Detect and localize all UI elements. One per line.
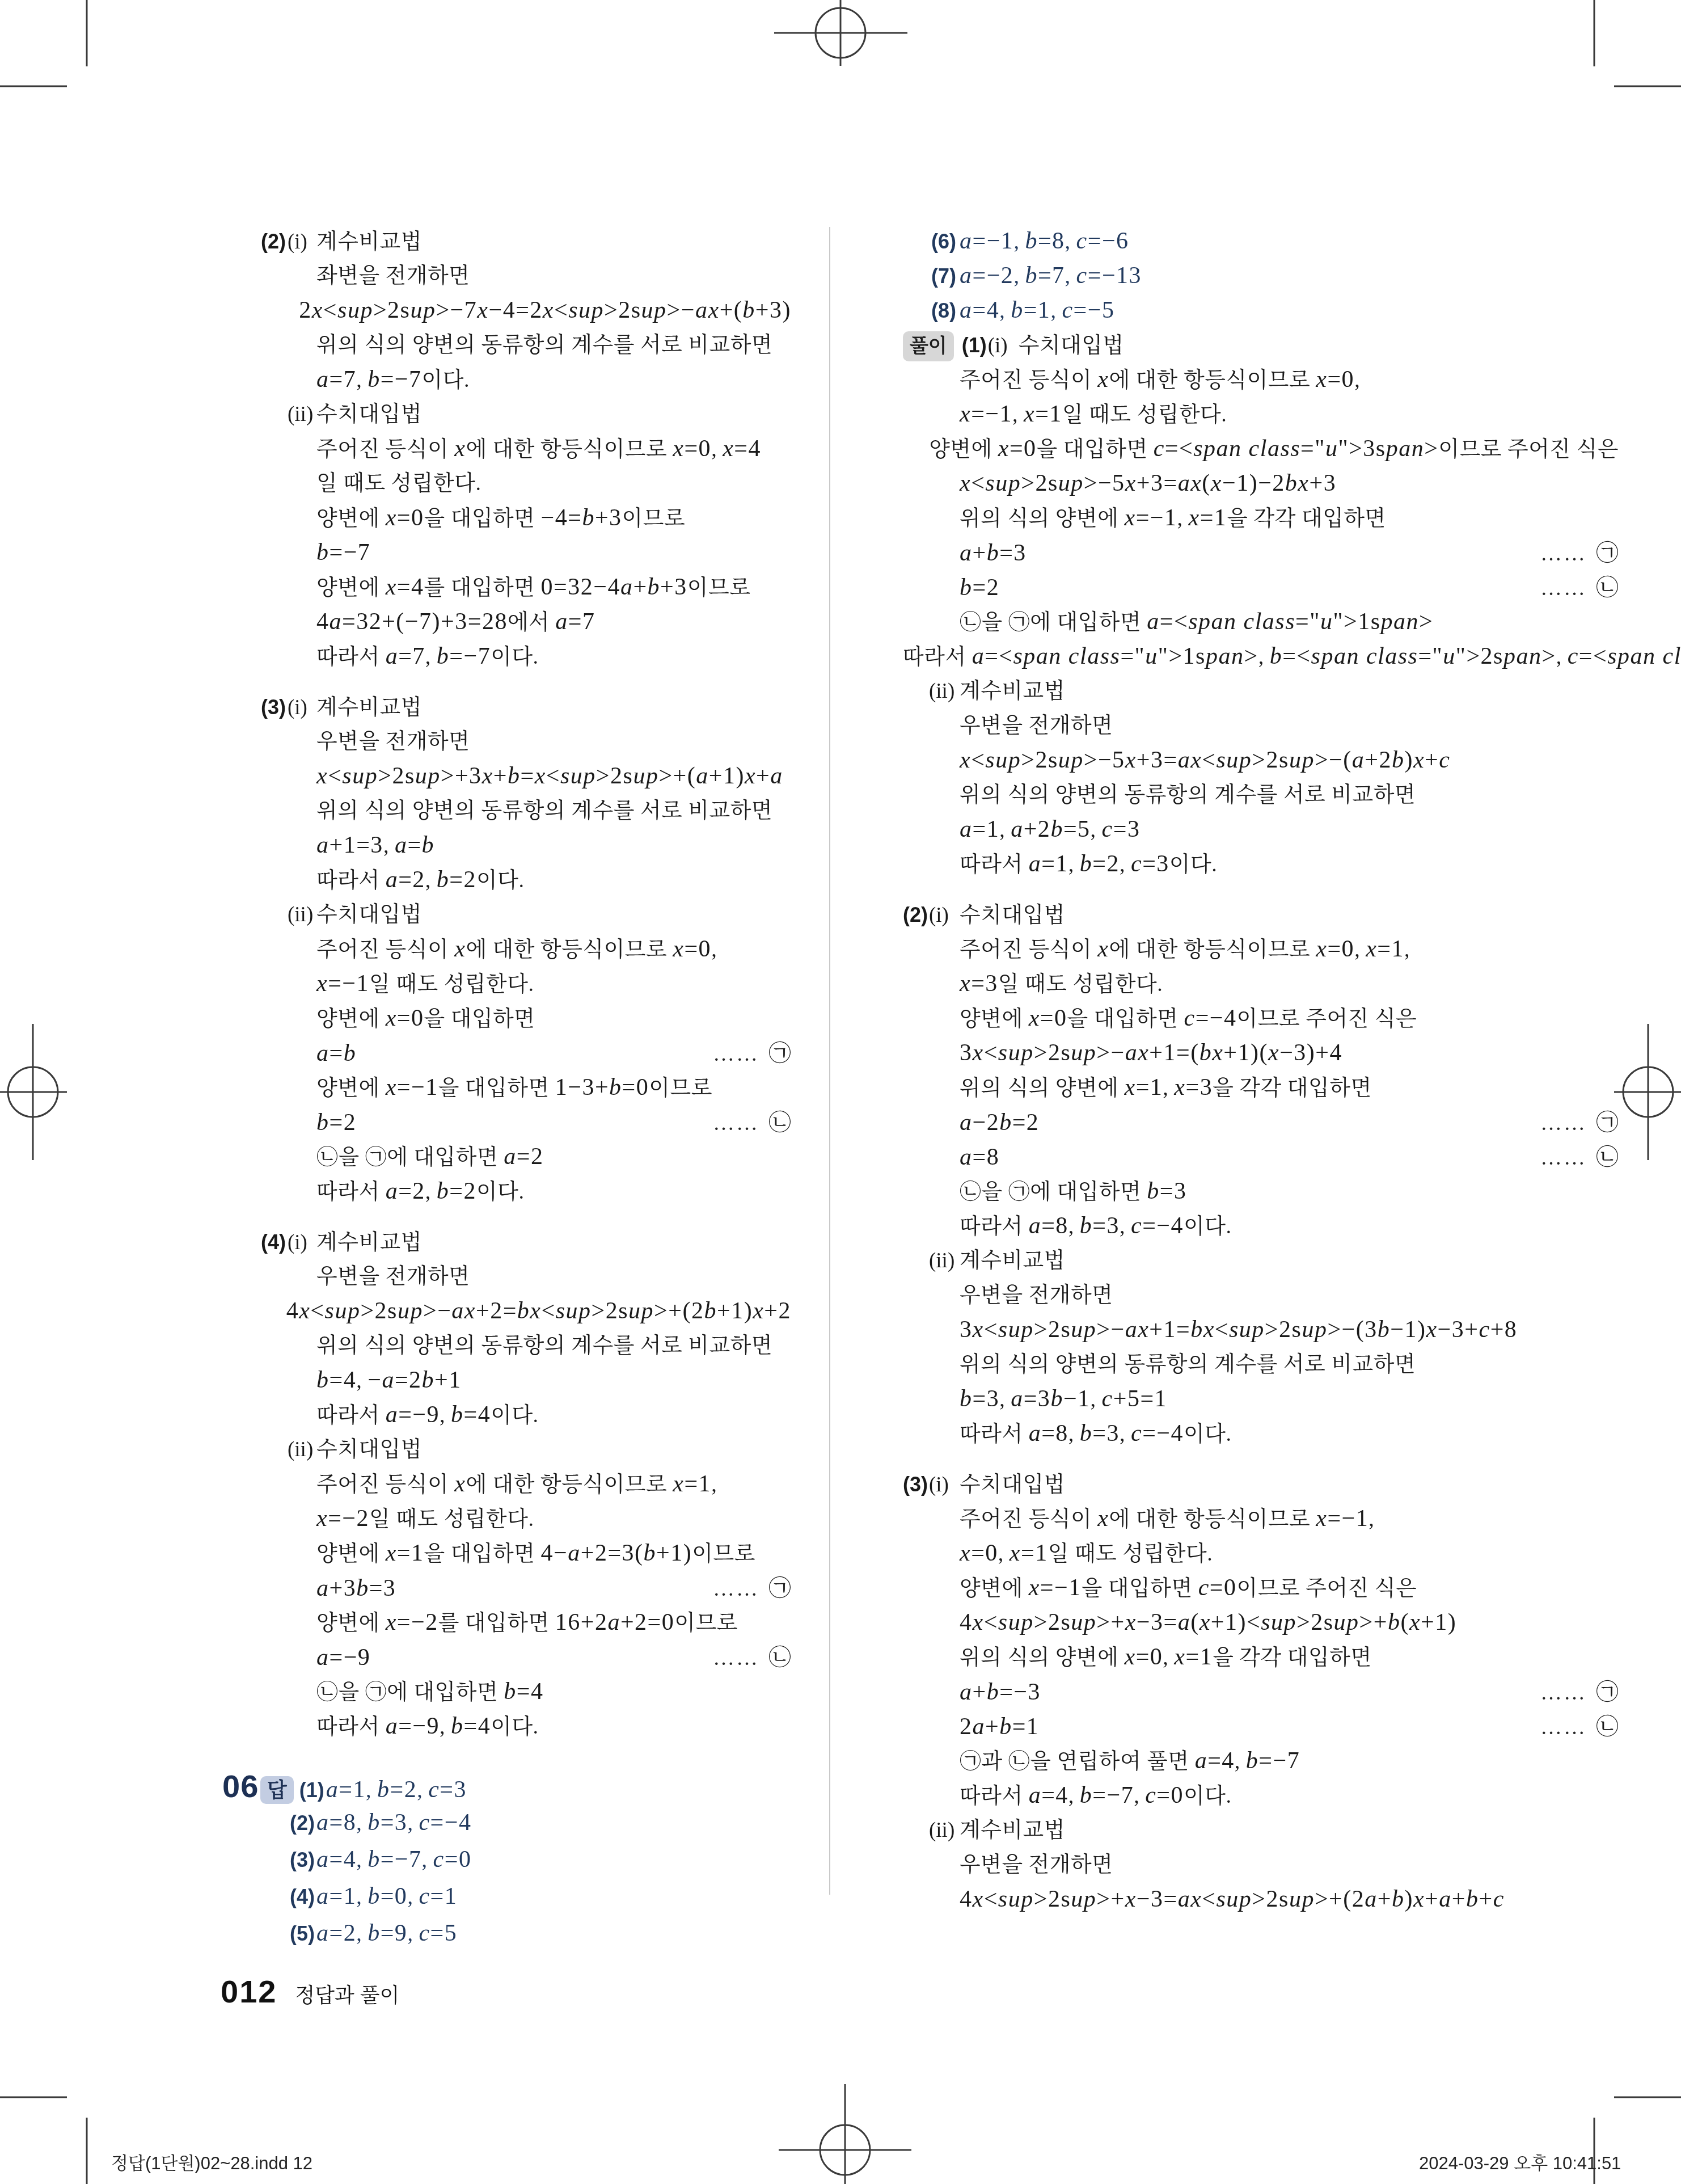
line-text: 4a=32+(−7)+3=28에서 a=7 xyxy=(316,605,595,640)
line-text: 일 때도 성립한다. xyxy=(316,466,481,501)
math-expression: a=4 xyxy=(960,297,999,323)
math-expression: c=−6 xyxy=(1076,228,1129,254)
solution-line: 따라서 a=1, b=2, c=3이다. xyxy=(903,847,1619,882)
line-text: 주어진 등식이 x에 대한 항등식이므로 x=1, xyxy=(316,1467,717,1502)
math-expression: b=3 xyxy=(1080,1420,1120,1447)
answer-item-marker: (5) xyxy=(290,1915,316,1952)
equation-tag: ㉠ xyxy=(768,1036,791,1070)
line-text: 계수비교법 xyxy=(316,690,422,725)
solution-line: 2a+b=1……㉡ xyxy=(903,1709,1619,1744)
leader-dots: …… xyxy=(713,1106,759,1141)
solution-line: 우변을 전개하면 xyxy=(903,1848,1619,1882)
equation-tag: ㉡ xyxy=(1596,1140,1619,1174)
math-expression: c=3 xyxy=(1102,816,1141,842)
math-expression: b=4 xyxy=(316,1367,356,1393)
solution-heading-line: (ii)수치대입법 xyxy=(227,397,791,432)
line-text: 3x<sup>2sup>−ax+1=(bx+1)(x−3)+4 xyxy=(960,1036,1342,1071)
solution-line: 위의 식의 양변의 동류항의 계수를 서로 비교하면 xyxy=(903,1347,1619,1382)
equation-tag: ㉠ xyxy=(1596,536,1619,570)
math-expression: 4x<sup>2sup>+x−3=ax<sup>2sup>+(2a+b)x+a+… xyxy=(960,1886,1505,1912)
line-text: 양변에 x=0을 대입하면 xyxy=(316,1001,535,1036)
math-expression: x=3 xyxy=(1174,1074,1213,1101)
math-expression: a=7 xyxy=(316,366,356,393)
solution-heading-line: (4)(i)계수비교법 xyxy=(227,1225,791,1259)
math-expression: x=0 xyxy=(673,936,711,962)
line-text: 따라서 a=<span class="u">1span>, b=<span cl… xyxy=(903,639,1681,674)
line-text: b=3, a=3b−1, c+5=1 xyxy=(960,1382,1167,1417)
leader-dots: …… xyxy=(1540,1141,1587,1175)
solution-line: a=1, a+2b=5, c=3 xyxy=(903,812,1619,847)
solution-heading-line: (ii)계수비교법 xyxy=(903,674,1619,709)
line-text: 주어진 등식이 x에 대한 항등식이므로 x=0, xyxy=(960,362,1360,398)
sub-item-marker: (i) xyxy=(288,690,316,725)
line-text: 위의 식의 양변의 동류항의 계수를 서로 비교하면 xyxy=(316,328,772,362)
answer-line: 06 답 (1)a=1, b=2, c=3 xyxy=(222,1768,791,1804)
answer-item-marker: (2) xyxy=(290,1804,316,1841)
line-text: a=2, b=9, c=5 xyxy=(316,1915,457,1953)
math-expression: 2x<sup>2sup>−7x−4=2x<sup>2sup>−ax+(b+3) xyxy=(299,297,791,323)
solution-line: ㉡을 ㉠에 대입하면 a=2 xyxy=(227,1140,791,1174)
solution-line: 일 때도 성립한다. xyxy=(227,466,791,501)
line-text: 양변에 x=1을 대입하면 4−a+2=3(b+1)이므로 xyxy=(316,1536,755,1571)
solution-line: a−2b=2……㉠ xyxy=(903,1105,1619,1140)
solution-line: 위의 식의 양변의 동류항의 계수를 서로 비교하면 xyxy=(227,1329,791,1363)
item-marker: (3) xyxy=(261,690,288,724)
line-text: a=1, a+2b=5, c=3 xyxy=(960,812,1140,848)
math-expression: a=<span class="u">1span> xyxy=(972,643,1258,669)
leader-dots: …… xyxy=(713,1641,759,1676)
solution-line: 위의 식의 양변에 x=0, x=1을 각각 대입하면 xyxy=(903,1640,1619,1675)
line-text: ㉡을 ㉠에 대입하면 a=2 xyxy=(316,1140,543,1175)
line-text: a=4, b=1, c=−5 xyxy=(960,293,1114,328)
line-text: x<sup>2sup>+3x+b=x<sup>2sup>+(a+1)x+a xyxy=(316,759,783,794)
line-text: 따라서 a=−9, b=4이다. xyxy=(316,1709,539,1744)
math-expression: b=−7 xyxy=(368,366,421,393)
math-expression: b=3 xyxy=(1147,1178,1186,1204)
solution-heading-line: (ii)수치대입법 xyxy=(227,1432,791,1467)
solution-line: 양변에 x=0을 대입하면 c=−4이므로 주어진 식은 xyxy=(903,1001,1619,1036)
math-expression: b=3 xyxy=(1080,1213,1120,1239)
leader-dots: …… xyxy=(713,1572,759,1607)
solution-lines-left: (2)(i)계수비교법좌변을 전개하면2x<sup>2sup>−7x−4=2x<… xyxy=(227,224,791,1744)
math-expression: x=−1 xyxy=(316,971,369,997)
math-expression: 4−a+2=3(b+1) xyxy=(541,1540,692,1566)
math-expression: a=8 xyxy=(1029,1213,1068,1239)
math-expression: b=2 xyxy=(437,867,476,893)
solution-line: 양변에 x=−1을 대입하면 c=0이므로 주어진 식은 xyxy=(903,1571,1619,1605)
solution-line: x=−1일 때도 성립한다. xyxy=(227,967,791,1001)
line-text: 4x<sup>2sup>+x−3=ax<sup>2sup>+(2a+b)x+a+… xyxy=(960,1882,1505,1917)
math-expression: c=−4 xyxy=(1184,1005,1237,1031)
leader-dots: …… xyxy=(713,1037,759,1072)
line-text: 양변에 x=0을 대입하면 −4=b+3이므로 xyxy=(316,501,685,536)
line-text: 수치대입법 xyxy=(1019,328,1124,363)
math-expression: a=4 xyxy=(1195,1748,1235,1774)
math-expression: b=1 xyxy=(1011,297,1050,323)
equation-tag: ㉠ xyxy=(1596,1675,1619,1709)
line-text: 주어진 등식이 x에 대한 항등식이므로 x=−1, xyxy=(960,1502,1374,1537)
math-expression: a=7 xyxy=(555,609,595,635)
solution-line: 양변에 x=−2를 대입하면 16+2a+2=0이므로 xyxy=(227,1605,791,1640)
left-column: (2)(i)계수비교법좌변을 전개하면2x<sup>2sup>−7x−4=2x<… xyxy=(227,224,791,1952)
equation-tag: ㉡ xyxy=(768,1640,791,1675)
solution-heading-line: (3)(i)계수비교법 xyxy=(227,690,791,724)
solution-line: b=3, a=3b−1, c+5=1 xyxy=(903,1382,1619,1416)
line-text: 3x<sup>2sup>−ax+1=bx<sup>2sup>−(3b−1)x−3… xyxy=(960,1313,1517,1348)
solution-line: b=−7 xyxy=(227,536,791,570)
math-expression: x xyxy=(1097,1506,1109,1532)
solution-line: 위의 식의 양변의 동류항의 계수를 서로 비교하면 xyxy=(903,778,1619,812)
equation-tag: ㉡ xyxy=(768,1105,791,1140)
line-text: a+3b=3 xyxy=(316,1571,396,1607)
page-number: 012 xyxy=(221,1973,277,2010)
solution-line: 좌변을 전개하면 xyxy=(227,259,791,293)
line-text: 양변에 x=0을 대입하면 c=<span class="u">3span>이므… xyxy=(929,432,1619,467)
math-expression: b=3 xyxy=(368,1810,407,1836)
solution-line: 위의 식의 양변에 x=−1, x=1을 각각 대입하면 xyxy=(903,501,1619,536)
line-text: 수치대입법 xyxy=(960,1468,1065,1502)
solution-line: b=4, −a=2b+1 xyxy=(227,1363,791,1398)
math-expression: a=−1 xyxy=(960,228,1013,254)
sub-item-marker: (i) xyxy=(988,328,1019,363)
math-expression: x=0 xyxy=(673,436,711,462)
solution-line: a+3b=3……㉠ xyxy=(227,1571,791,1605)
answer-line: (4)a=1, b=0, c=1 xyxy=(222,1878,791,1915)
line-text: ㉡을 ㉠에 대입하면 b=3 xyxy=(960,1174,1186,1209)
print-timestamp: 2024-03-29 오후 10:41:51 xyxy=(1419,2149,1621,2174)
line-text: a−2b=2 xyxy=(960,1106,1039,1141)
math-expression: x=−2 xyxy=(316,1506,369,1532)
math-expression: x<sup>2sup>−5x+3=ax(x−1)−2bx+3 xyxy=(960,470,1336,496)
math-expression: c=3 xyxy=(428,1777,467,1803)
math-expression: x=−1 xyxy=(386,1074,438,1101)
leader-dots: …… xyxy=(1540,1106,1587,1141)
math-expression: x=1 xyxy=(386,1540,424,1566)
solution-line: b=2……㉡ xyxy=(227,1105,791,1140)
solution-line: 따라서 a=2, b=2이다. xyxy=(227,863,791,897)
item-marker: (1) xyxy=(962,328,988,362)
math-expression: a=3b−1 xyxy=(1011,1386,1090,1412)
math-expression: a=−9 xyxy=(386,1713,440,1739)
math-expression: a=8 xyxy=(960,1144,999,1170)
solution-heading-line: (2)(i)수치대입법 xyxy=(903,897,1619,932)
math-expression: x=1 xyxy=(1366,936,1404,962)
line-text: 양변에 x=4를 대입하면 0=32−4a+b+3이므로 xyxy=(316,570,750,605)
math-expression: 0=32−4a+b+3 xyxy=(541,574,687,600)
math-expression: x=−2 xyxy=(386,1609,438,1635)
line-text: x=−1, x=1일 때도 성립한다. xyxy=(960,397,1227,432)
math-expression: b=4 xyxy=(504,1679,543,1705)
math-expression: 1−3+b=0 xyxy=(555,1074,649,1101)
math-expression: c=−4 xyxy=(419,1810,471,1836)
math-expression: x=1 xyxy=(673,1471,711,1497)
math-expression: x=4 xyxy=(386,574,424,600)
solution-line: ㉡을 ㉠에 대입하면 a=<span class="u">1span> xyxy=(903,605,1619,639)
solution-line: 위의 식의 양변의 동류항의 계수를 서로 비교하면 xyxy=(227,328,791,362)
math-expression: x<sup>2sup>+3x+b=x<sup>2sup>+(a+1)x+a xyxy=(316,763,783,789)
solution-line: 3x<sup>2sup>−ax+1=(bx+1)(x−3)+4 xyxy=(903,1036,1619,1070)
math-expression: c=3 xyxy=(1131,851,1169,877)
line-text: 위의 식의 양변에 x=−1, x=1을 각각 대입하면 xyxy=(960,501,1386,536)
math-expression: x=−1 xyxy=(960,401,1012,427)
sub-item-marker: (i) xyxy=(929,898,960,933)
line-text: 주어진 등식이 x에 대한 항등식이므로 x=0, xyxy=(316,932,717,967)
math-expression: a=<span class="u">1span> xyxy=(1147,609,1433,635)
answer-block-06: 06 답 (1)a=1, b=2, c=3 (2)a=8, b=3, c=−4(… xyxy=(222,1768,791,1952)
math-expression: b=2 xyxy=(1080,851,1120,877)
math-expression: a=1 xyxy=(316,1883,356,1909)
math-expression: c=0 xyxy=(433,1846,472,1873)
line-text: a=b xyxy=(316,1036,356,1072)
solution-line: 위의 식의 양변의 동류항의 계수를 서로 비교하면 xyxy=(227,794,791,828)
solution-line: 따라서 a=4, b=−7, c=0이다. xyxy=(903,1778,1619,1813)
solution-line: (7)a=−2, b=7, c=−13 xyxy=(903,259,1619,293)
sub-item-marker: (ii) xyxy=(288,1432,316,1467)
math-expression: a=1 xyxy=(960,816,999,842)
sub-item-marker: (ii) xyxy=(288,897,316,932)
sub-item-marker: (i) xyxy=(288,225,316,259)
answer-item-marker: (6) xyxy=(931,224,960,259)
line-text: 좌변을 전개하면 xyxy=(316,259,470,293)
answer-item-marker: (8) xyxy=(931,293,960,328)
math-expression: a+1=3 xyxy=(316,832,383,858)
line-text: 양변에 x=−1을 대입하면 1−3+b=0이므로 xyxy=(316,1070,712,1106)
solution-line: a=7, b=−7이다. xyxy=(227,362,791,397)
answer-item-marker: (7) xyxy=(931,259,960,293)
math-expression: c=−5 xyxy=(1062,297,1114,323)
math-expression: b=−7 xyxy=(1246,1748,1300,1774)
solution-line: 주어진 등식이 x에 대한 항등식이므로 x=−1, xyxy=(903,1502,1619,1536)
line-text: 계수비교법 xyxy=(960,1243,1065,1278)
math-expression: x=1 xyxy=(1189,505,1227,531)
math-expression: a+2b=5 xyxy=(1011,816,1090,842)
math-expression: b=2 xyxy=(960,575,999,601)
sub-item-marker: (ii) xyxy=(288,397,316,432)
math-expression: a+b=−3 xyxy=(960,1679,1041,1705)
line-text: 따라서 a=1, b=2, c=3이다. xyxy=(960,847,1217,882)
line-text: x=0, x=1일 때도 성립한다. xyxy=(960,1536,1213,1571)
math-expression: x xyxy=(1097,936,1109,962)
line-text: 주어진 등식이 x에 대한 항등식이므로 x=0, x=4 xyxy=(316,432,761,467)
solution-line: (8)a=4, b=1, c=−5 xyxy=(903,293,1619,328)
math-expression: a=2 xyxy=(386,867,425,893)
line-text: a=−1, b=8, c=−6 xyxy=(960,224,1129,259)
line-text: 계수비교법 xyxy=(960,1813,1065,1848)
line-text: 4x<sup>2sup>+x−3=a(x+1)<sup>2sup>+b(x+1) xyxy=(960,1605,1456,1641)
math-expression: b=−7 xyxy=(316,539,370,566)
line-text: 양변에 x=−1을 대입하면 c=0이므로 주어진 식은 xyxy=(960,1571,1417,1606)
math-expression: x=1 xyxy=(1174,1644,1213,1670)
math-expression: b=9 xyxy=(368,1920,407,1946)
line-text: 따라서 a=8, b=3, c=−4이다. xyxy=(960,1416,1231,1452)
answer-item-marker: (3) xyxy=(290,1841,316,1878)
answer-line: (3)a=4, b=−7, c=0 xyxy=(222,1841,791,1878)
solution-line: ㉡을 ㉠에 대입하면 b=4 xyxy=(227,1675,791,1709)
solution-line: a+b=3……㉠ xyxy=(903,536,1619,570)
answer-line-content: (1)a=1, b=2, c=3 xyxy=(299,1772,467,1809)
solution-line: 주어진 등식이 x에 대한 항등식이므로 x=0, xyxy=(903,362,1619,397)
math-expression: x xyxy=(454,1471,466,1497)
solution-line: 우변을 전개하면 xyxy=(227,724,791,759)
line-text: 수치대입법 xyxy=(960,898,1065,933)
solution-line: 따라서 a=8, b=3, c=−4이다. xyxy=(903,1209,1619,1243)
line-text: 4x<sup>2sup>−ax+2=bx<sup>2sup>+(2b+1)x+2 xyxy=(286,1294,791,1329)
math-expression: 3x<sup>2sup>−ax+1=bx<sup>2sup>−(3b−1)x−3… xyxy=(960,1317,1517,1343)
line-text: 따라서 a=2, b=2이다. xyxy=(316,1174,524,1209)
math-expression: x=0 xyxy=(1124,1644,1163,1670)
math-expression: b=−7 xyxy=(1080,1782,1134,1808)
line-text: 우변을 전개하면 xyxy=(960,1848,1113,1882)
sub-item-marker: (i) xyxy=(288,1225,316,1260)
math-expression: 4x<sup>2sup>−ax+2=bx<sup>2sup>+(2b+1)x+2 xyxy=(286,1298,791,1324)
answer-item-marker: (4) xyxy=(290,1878,316,1915)
solution-line: 따라서 a=−9, b=4이다. xyxy=(227,1398,791,1432)
math-expression: b=2 xyxy=(437,1178,476,1204)
math-expression: x=0 xyxy=(998,436,1037,462)
solution-line: a+1=3, a=b xyxy=(227,828,791,863)
equation-tag: ㉠ xyxy=(1596,1105,1619,1140)
line-text: 수치대입법 xyxy=(316,397,422,432)
math-expression: b=−7 xyxy=(368,1846,421,1873)
line-text: a+b=3 xyxy=(960,536,1027,571)
line-text: 계수비교법 xyxy=(960,674,1065,709)
math-expression: a+3b=3 xyxy=(316,1575,396,1601)
line-text: ㉡을 ㉠에 대입하면 a=<span class="u">1span> xyxy=(960,605,1433,640)
math-expression: b=3 xyxy=(960,1386,999,1412)
leader-dots: …… xyxy=(1540,1676,1587,1710)
solution-lines-right: (6)a=−1, b=8, c=−6(7)a=−2, b=7, c=−13(8)… xyxy=(903,224,1619,1917)
solution-line: x=−2일 때도 성립한다. xyxy=(227,1502,791,1536)
line-text: 양변에 x=−2를 대입하면 16+2a+2=0이므로 xyxy=(316,1605,738,1641)
line-text: ㉡을 ㉠에 대입하면 b=4 xyxy=(316,1675,543,1710)
solution-heading-line: (ii)수치대입법 xyxy=(227,897,791,932)
line-text: x<sup>2sup>−5x+3=ax(x−1)−2bx+3 xyxy=(960,466,1336,501)
line-text: 따라서 a=2, b=2이다. xyxy=(316,863,524,898)
math-expression: −4=b+3 xyxy=(541,505,622,531)
leader-dots: …… xyxy=(1540,1710,1587,1745)
line-text: a=1, b=0, c=1 xyxy=(316,1878,457,1916)
math-expression: x=1 xyxy=(1024,401,1062,427)
math-expression: a−2b=2 xyxy=(960,1110,1039,1136)
math-expression: x=0 xyxy=(1029,1005,1067,1031)
line-text: b=4, −a=2b+1 xyxy=(316,1363,462,1398)
page-footer: 012 정답과 풀이 xyxy=(221,1973,399,2010)
solution-line: 따라서 a=2, b=2이다. xyxy=(227,1174,791,1209)
line-text: 우변을 전개하면 xyxy=(316,724,470,759)
line-text: 수치대입법 xyxy=(316,1432,422,1467)
line-text: 따라서 a=4, b=−7, c=0이다. xyxy=(960,1778,1231,1814)
math-expression: b=2 xyxy=(316,1110,356,1136)
math-expression: a=1 xyxy=(1029,851,1068,877)
line-text: a=8 xyxy=(960,1140,999,1175)
math-expression: c=1 xyxy=(419,1883,457,1909)
math-expression: x=0 xyxy=(1316,366,1354,393)
solution-line: 4a=32+(−7)+3=28에서 a=7 xyxy=(227,605,791,639)
print-file-info: 정답(1단원)02~28.indd 12 xyxy=(111,2149,312,2174)
line-text: ㉠과 ㉡을 연립하여 풀면 a=4, b=−7 xyxy=(960,1744,1300,1779)
math-expression: x=0 xyxy=(386,1005,424,1031)
line-text: 수치대입법 xyxy=(316,897,422,932)
math-expression: c=−4 xyxy=(1131,1420,1184,1447)
math-expression: x xyxy=(454,436,466,462)
math-expression: c=5 xyxy=(419,1920,457,1946)
line-text: 위의 식의 양변의 동류항의 계수를 서로 비교하면 xyxy=(316,1329,772,1363)
line-text: b=2 xyxy=(316,1106,356,1141)
math-expression: x=−1 xyxy=(1124,505,1177,531)
footer-section-label: 정답과 풀이 xyxy=(295,1980,399,2009)
item-marker: (2) xyxy=(261,224,288,259)
solution-line: 양변에 x=4를 대입하면 0=32−4a+b+3이므로 xyxy=(227,570,791,605)
math-expression: x xyxy=(1097,366,1109,393)
solution-line: x=0, x=1일 때도 성립한다. xyxy=(903,1536,1619,1571)
line-text: a=4, b=−7, c=0 xyxy=(316,1841,471,1879)
solution-heading-line: (3)(i)수치대입법 xyxy=(903,1467,1619,1502)
solution-line: x<sup>2sup>−5x+3=ax<sup>2sup>−(a+2b)x+c xyxy=(903,743,1619,778)
math-expression: 2a+b=1 xyxy=(960,1714,1039,1740)
answer-line: (2)a=8, b=3, c=−4 xyxy=(222,1804,791,1841)
math-expression: a=2 xyxy=(386,1178,425,1204)
solution-line: x=3일 때도 성립한다. xyxy=(903,967,1619,1001)
textbook-page: (2)(i)계수비교법좌변을 전개하면2x<sup>2sup>−7x−4=2x<… xyxy=(0,0,1681,2184)
math-expression: x<sup>2sup>−5x+3=ax<sup>2sup>−(a+2b)x+c xyxy=(960,747,1450,773)
line-text: a=−9 xyxy=(316,1641,370,1676)
math-expression: x=1 xyxy=(1010,1540,1048,1566)
math-expression: 4x<sup>2sup>+x−3=a(x+1)<sup>2sup>+b(x+1) xyxy=(960,1609,1456,1635)
line-text: a+1=3, a=b xyxy=(316,828,434,863)
math-expression: x xyxy=(454,936,466,962)
line-text: 위의 식의 양변에 x=0, x=1을 각각 대입하면 xyxy=(960,1640,1372,1675)
line-text: 위의 식의 양변의 동류항의 계수를 서로 비교하면 xyxy=(316,794,772,828)
line-text: 우변을 전개하면 xyxy=(960,709,1113,743)
line-text: 따라서 a=7, b=−7이다. xyxy=(316,639,539,674)
solution-line: 우변을 전개하면 xyxy=(903,709,1619,743)
solution-line: 따라서 a=7, b=−7이다. xyxy=(227,639,791,674)
math-expression: 4a=32+(−7)+3=28 xyxy=(316,609,508,635)
line-text: 위의 식의 양변의 동류항의 계수를 서로 비교하면 xyxy=(960,778,1416,812)
math-expression: −a=2b+1 xyxy=(368,1367,462,1393)
math-expression: c=0 xyxy=(1145,1782,1184,1808)
solution-line: 양변에 x=0을 대입하면 xyxy=(227,1001,791,1036)
math-expression: x=4 xyxy=(723,436,761,462)
solution-line: 양변에 x=−1을 대입하면 1−3+b=0이므로 xyxy=(227,1070,791,1105)
math-expression: a=b xyxy=(395,832,434,858)
solution-line: 2x<sup>2sup>−7x−4=2x<sup>2sup>−ax+(b+3) xyxy=(227,293,791,328)
line-text: a=−2, b=7, c=−13 xyxy=(960,259,1142,294)
math-expression: b=0 xyxy=(368,1883,407,1909)
equation-tag: ㉡ xyxy=(1596,1709,1619,1744)
math-expression: 16+2a+2=0 xyxy=(555,1609,675,1635)
line-text: 우변을 전개하면 xyxy=(316,1259,470,1294)
math-expression: x=0 xyxy=(960,1540,998,1566)
leader-dots: …… xyxy=(1540,571,1587,606)
math-expression: b=<span class="u">2span> xyxy=(1270,643,1556,669)
line-text: x=−1일 때도 성립한다. xyxy=(316,967,534,1002)
item-marker: (4) xyxy=(261,1225,288,1259)
solution-line: 위의 식의 양변에 x=1, x=3을 각각 대입하면 xyxy=(903,1070,1619,1105)
math-expression: a=4 xyxy=(1029,1782,1068,1808)
line-text: 우변을 전개하면 xyxy=(960,1278,1113,1313)
answer-badge: 답 xyxy=(260,1776,294,1804)
column-divider xyxy=(829,227,830,1895)
math-expression: x=0 xyxy=(1316,936,1354,962)
math-expression: b=4 xyxy=(451,1402,491,1428)
math-expression: b=−7 xyxy=(437,643,491,669)
solution-heading-line: 풀이(1)(i)수치대입법 xyxy=(903,328,1619,362)
solution-line: x=−1, x=1일 때도 성립한다. xyxy=(903,397,1619,432)
math-expression: a=−9 xyxy=(316,1645,370,1671)
solution-line: 양변에 x=1을 대입하면 4−a+2=3(b+1)이므로 xyxy=(227,1536,791,1571)
solution-line: 주어진 등식이 x에 대한 항등식이므로 x=1, xyxy=(227,1467,791,1502)
